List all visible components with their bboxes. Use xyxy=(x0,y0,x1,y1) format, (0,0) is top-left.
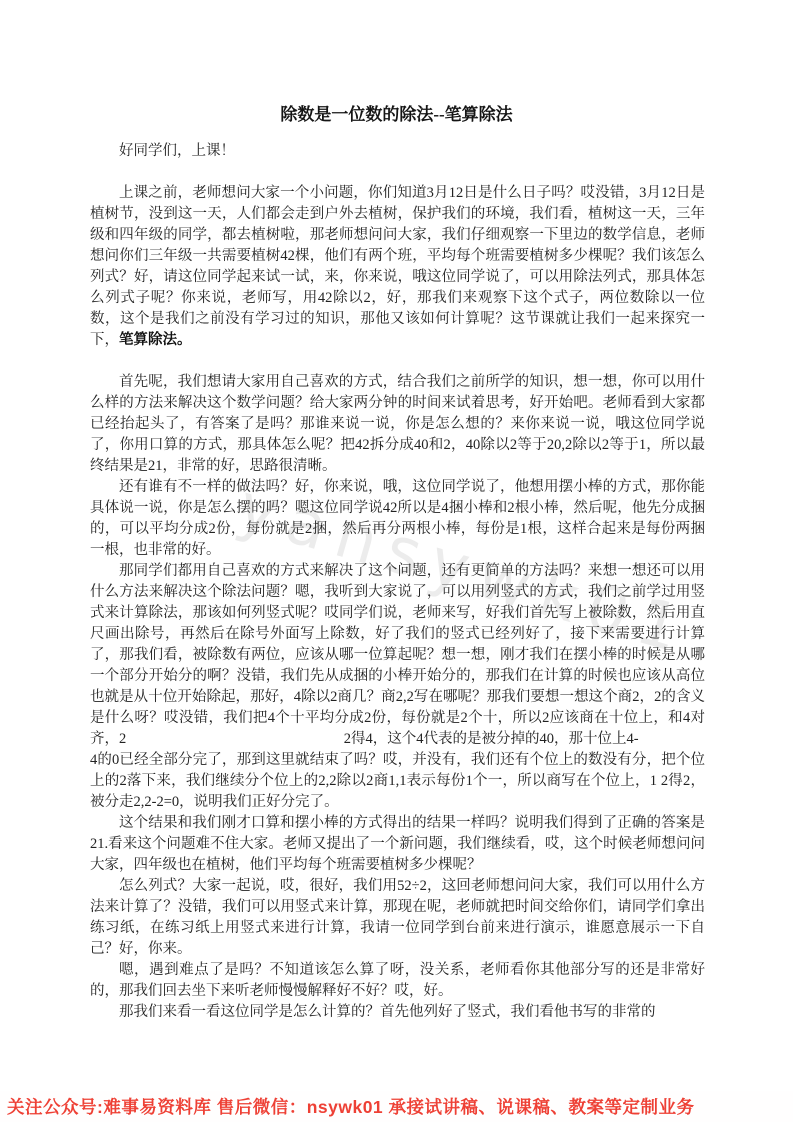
paragraph: 嗯，遇到难点了是吗？不知道该怎么算了呀，没关系，老师看你其他部分写的还是非常好的… xyxy=(90,960,705,1002)
document-title: 除数是一位数的除法--笔算除法 xyxy=(0,0,793,126)
paragraph: 那我们来看一看这位同学是怎么计算的？首先他列好了竖式，我们看他书写的非常的 xyxy=(90,1002,705,1023)
paragraph: 这个结果和我们刚才口算和摆小棒的方式得出的结果一样吗？说明我们得到了正确的答案是… xyxy=(90,813,705,876)
paragraph: 4的0已经全部分完了，那到这里就结束了吗？哎，并没有，我们还有个位上的数没有分，… xyxy=(90,750,705,813)
footer-text: 关注公众号:难事易资料库 售后微信：nsywk01 承接试讲稿、说课稿、教案等定… xyxy=(7,1094,695,1119)
bold-phrase: 笔算除法。 xyxy=(119,332,192,348)
document-page: 除数是一位数的除法--笔算除法 好同学们，上课！上课之前，老师想问大家一个小问题… xyxy=(0,0,793,1122)
paragraph: 还有谁有不一样的做法吗？好，你来说，哦，这位同学说了，他想用摆小棒的方式，那你能… xyxy=(90,477,705,561)
paragraph: 首先呢，我们想请大家用自己喜欢的方式，结合我们之前所学的知识，想一想，你可以用什… xyxy=(90,372,705,477)
paragraph: 好同学们，上课！ xyxy=(90,141,705,162)
document-body: 好同学们，上课！上课之前，老师想问大家一个小问题，你们知道3月12日是什么日子吗… xyxy=(90,141,705,1023)
paragraph: 怎么列式？大家一起说，哎，很好，我们用52÷2，这回老师想问问大家，我们可以用什… xyxy=(90,876,705,960)
paragraph: 上课之前，老师想问大家一个小问题，你们知道3月12日是什么日子吗？哎没错，3月1… xyxy=(90,183,705,351)
footer-banner: 关注公众号:难事易资料库 售后微信：nsywk01 承接试讲稿、说课稿、教案等定… xyxy=(0,1091,793,1122)
paragraph: 那同学们都用自己喜欢的方式来解决了这个问题，还有更简单的方法吗？来想一想还可以用… xyxy=(90,561,705,750)
